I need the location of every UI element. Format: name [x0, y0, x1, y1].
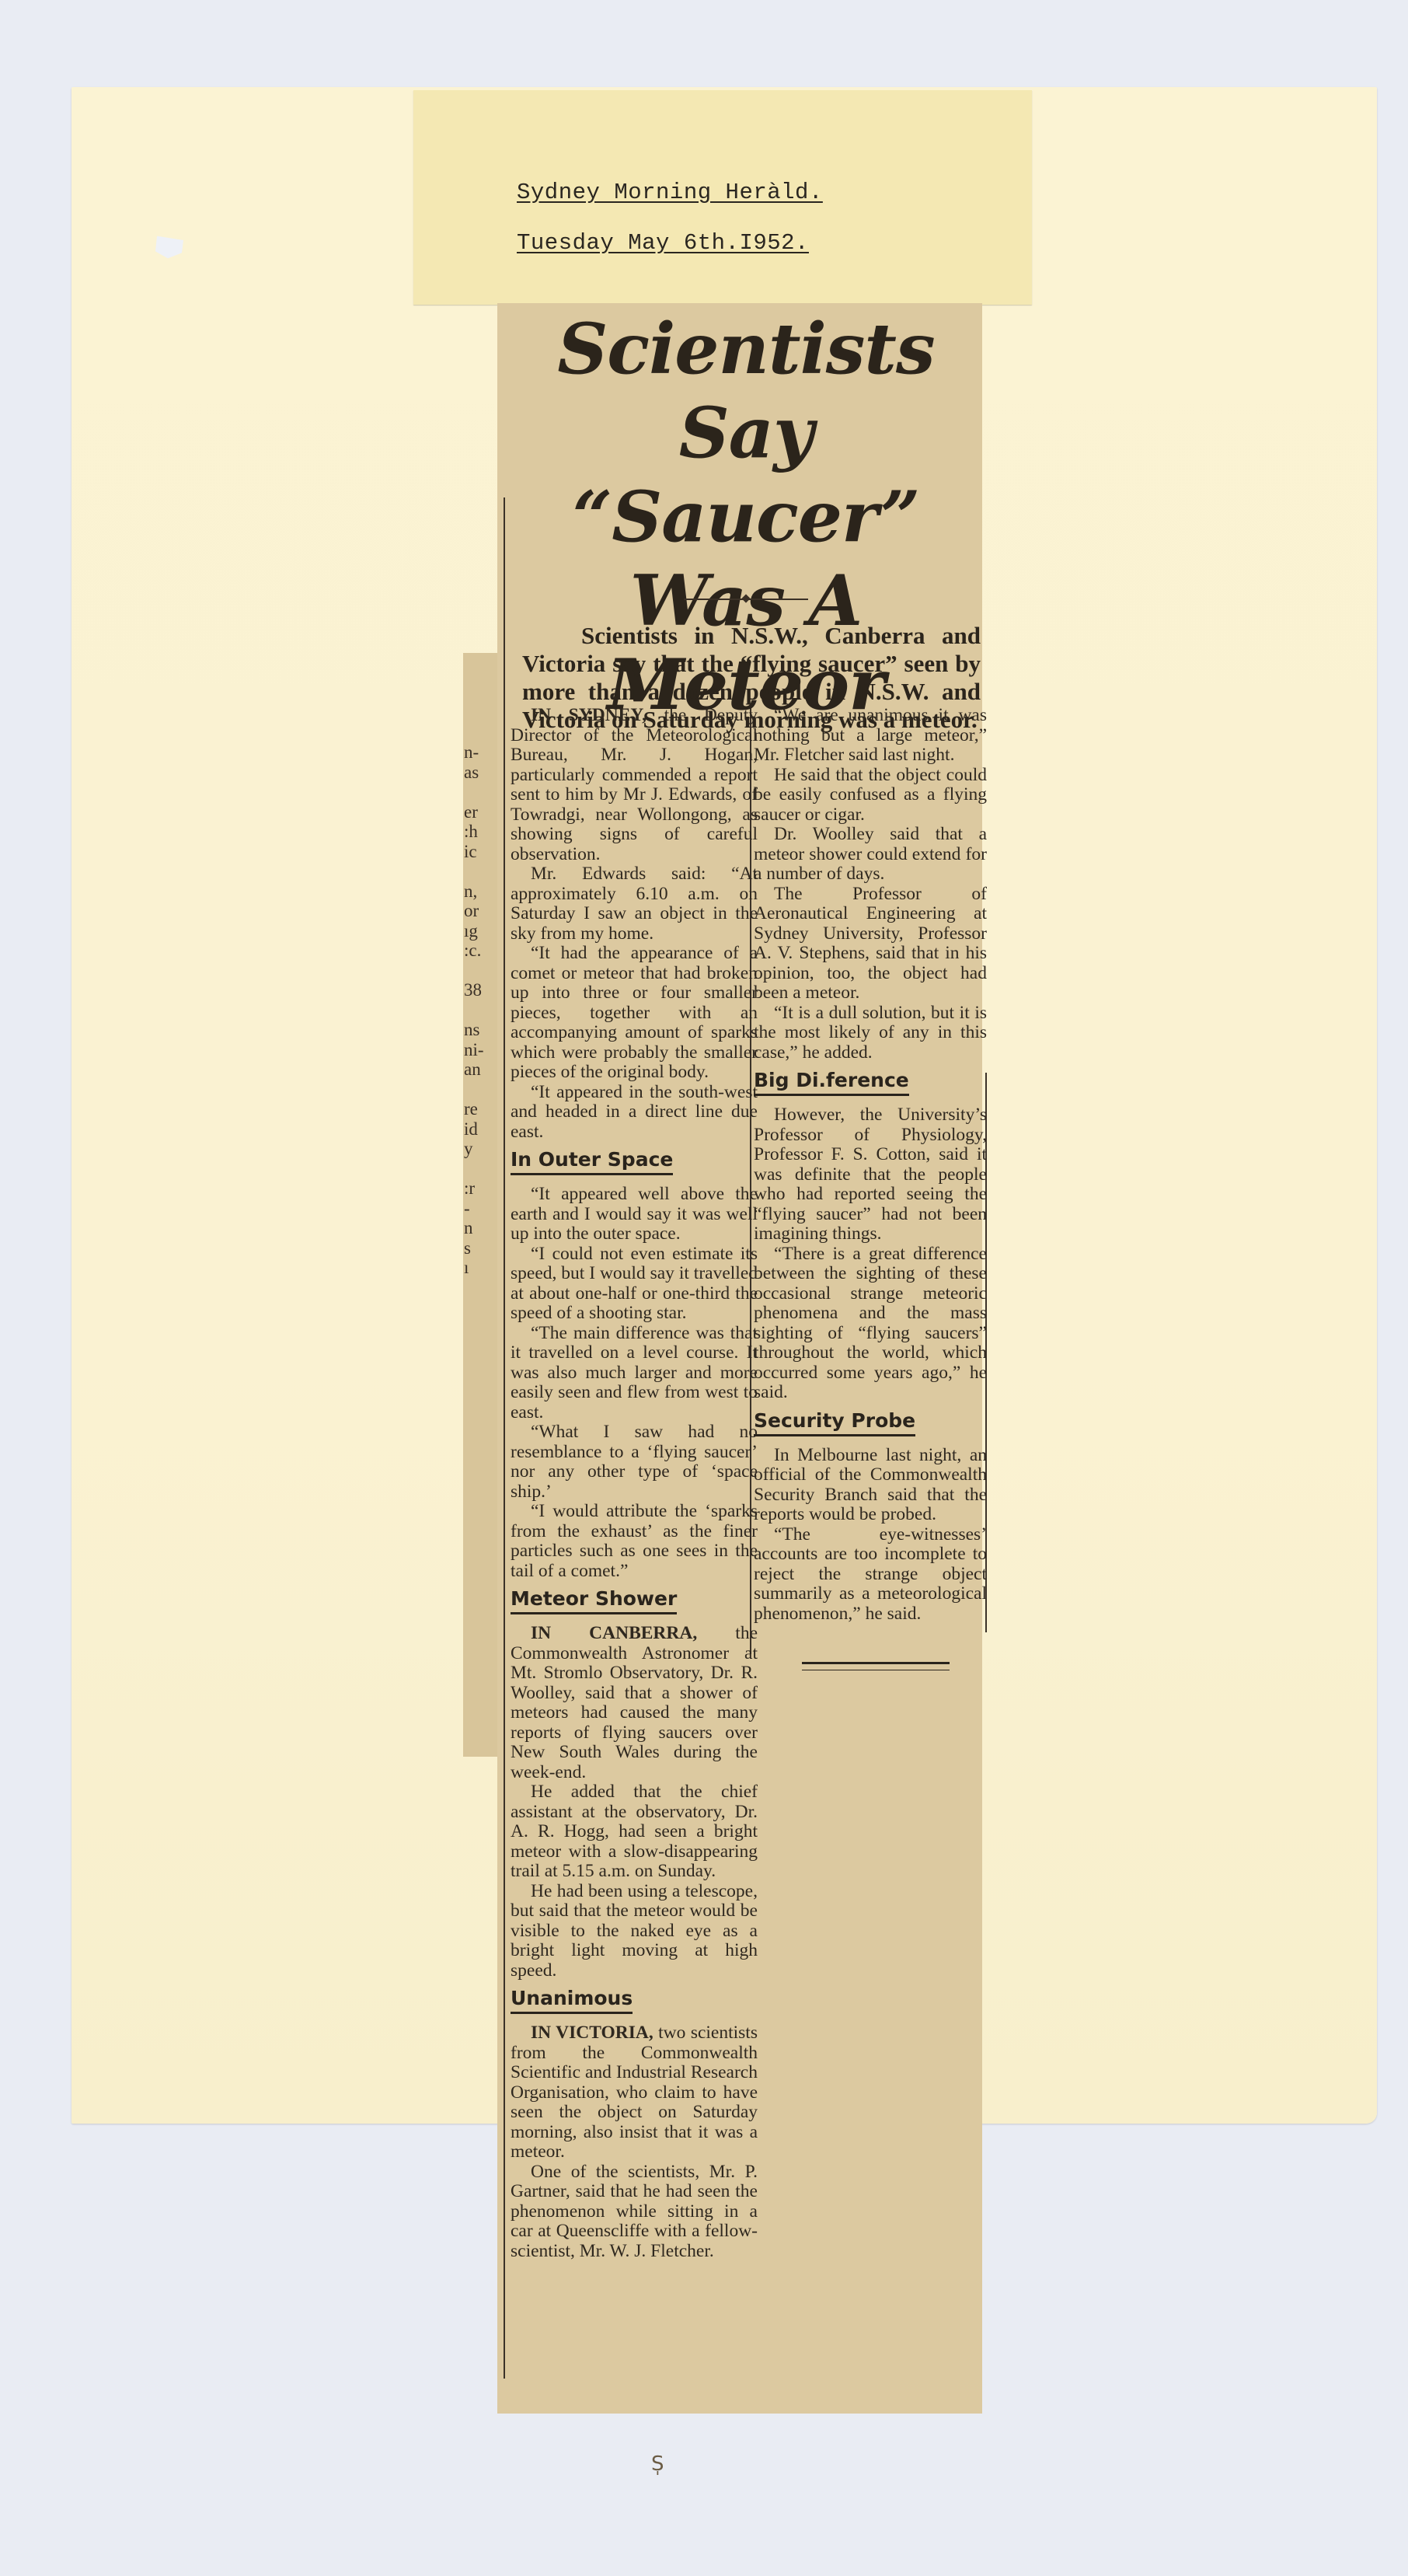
- section-subheading: Security Probe: [754, 1409, 915, 1436]
- column-rule-left: [504, 497, 505, 2379]
- section-subheading: Unanimous: [511, 1987, 633, 2014]
- adjacent-fragment: re: [464, 1099, 478, 1119]
- article-paragraph: “There is a great difference between the…: [754, 1244, 987, 1403]
- article-paragraph: “It appeared in the south-west and heade…: [511, 1083, 758, 1143]
- adjacent-fragment: 38: [464, 980, 482, 1000]
- section-subheading: Big Di.ference: [754, 1069, 909, 1096]
- article-paragraph: “It appeared well above the earth and I …: [511, 1185, 758, 1244]
- article-paragraph: Dr. Woolley said that a meteor shower co…: [754, 825, 987, 885]
- adjacent-fragment: -: [464, 1199, 470, 1219]
- article-paragraph: In Melbourne last night, an official of …: [754, 1446, 987, 1525]
- end-rule-thin: [802, 1670, 950, 1670]
- adjacent-fragment: id: [464, 1119, 478, 1140]
- publication-date: Tuesday May 6th.I952.: [517, 230, 809, 256]
- adjacent-fragment: ic: [464, 842, 477, 862]
- headline-line-1: Scientists Say: [513, 307, 979, 475]
- adjacent-fragment: ns: [464, 1020, 479, 1040]
- end-rule-thick: [802, 1662, 950, 1664]
- article-paragraph: He had been using a telescope, but said …: [511, 1882, 758, 1981]
- adjacent-fragment: :c.: [464, 941, 481, 961]
- adjacent-fragment: s: [464, 1238, 471, 1258]
- article-paragraph: However, the University’s Professor of P…: [754, 1105, 987, 1244]
- article-column-left: IN SYDNEY, the Deputy Director of the Me…: [511, 706, 758, 2261]
- article-paragraph: “It is a dull solution, but it is the mo…: [754, 1004, 987, 1063]
- article-paragraph: IN CANBERRA, the Commonwealth Astronomer…: [511, 1624, 758, 1782]
- headline-ornament-divider: [684, 599, 808, 600]
- adjacent-fragment: y: [464, 1139, 473, 1159]
- article-paragraph: IN SYDNEY, the Deputy Director of the Me…: [511, 706, 758, 864]
- dateline-lead: IN VICTORIA,: [531, 2023, 653, 2043]
- adjacent-fragment: or: [464, 901, 479, 921]
- adjacent-fragment: as: [464, 763, 479, 783]
- article-column-right: “We are unanimous it was nothing but a l…: [754, 706, 987, 1624]
- publication-name: Sydney Morning Heràld.: [517, 180, 823, 205]
- article-paragraph: “It had the appearance of a comet or met…: [511, 944, 758, 1083]
- adjacent-fragment: :r: [464, 1178, 475, 1199]
- section-subheading: Meteor Shower: [511, 1587, 677, 1614]
- article-paragraph: “I would attribute the ‘sparks from the …: [511, 1502, 758, 1581]
- dateline-lead: IN SYDNEY,: [531, 705, 646, 725]
- adjacent-fragment: an: [464, 1059, 481, 1080]
- source-label-slip: Sydney Morning Heràld. Tuesday May 6th.I…: [413, 90, 1032, 305]
- article-paragraph: “What I saw had no resemblance to a ‘fly…: [511, 1422, 758, 1502]
- archive-stamp-mark: S̩: [651, 2452, 664, 2476]
- article-paragraph: The Professor of Aeronautical Engineerin…: [754, 885, 987, 1004]
- article-paragraph: “The main difference was that it travell…: [511, 1324, 758, 1423]
- article-paragraph: “I could not even estimate its speed, bu…: [511, 1244, 758, 1324]
- article-paragraph: He said that the object could be easily …: [754, 766, 987, 826]
- article-paragraph: IN VICTORIA, two scientists from the Com…: [511, 2023, 758, 2162]
- article-paragraph: One of the scientists, Mr. P. Gartner, s…: [511, 2162, 758, 2262]
- adjacent-fragment: ni-: [464, 1040, 484, 1060]
- section-subheading: In Outer Space: [511, 1148, 673, 1175]
- adjacent-fragment: n,: [464, 881, 477, 902]
- dateline-lead: IN CANBERRA,: [531, 1623, 697, 1643]
- headline-line-2: “Saucer”: [513, 475, 979, 559]
- adjacent-fragment: n: [464, 1218, 473, 1238]
- adjacent-fragment: er: [464, 802, 478, 822]
- adjacent-fragment: n-: [464, 742, 479, 763]
- adjacent-fragment: ıg: [464, 921, 478, 941]
- article-paragraph: “We are unanimous it was nothing but a l…: [754, 706, 987, 766]
- article-paragraph: Mr. Edwards said: “At approximately 6.10…: [511, 864, 758, 944]
- article-paragraph: “The eye-witnesses’ accounts are too inc…: [754, 1525, 987, 1625]
- article-paragraph: He added that the chief assistant at the…: [511, 1782, 758, 1882]
- adjacent-fragment: ı: [464, 1258, 469, 1278]
- adjacent-fragment: :h: [464, 822, 478, 842]
